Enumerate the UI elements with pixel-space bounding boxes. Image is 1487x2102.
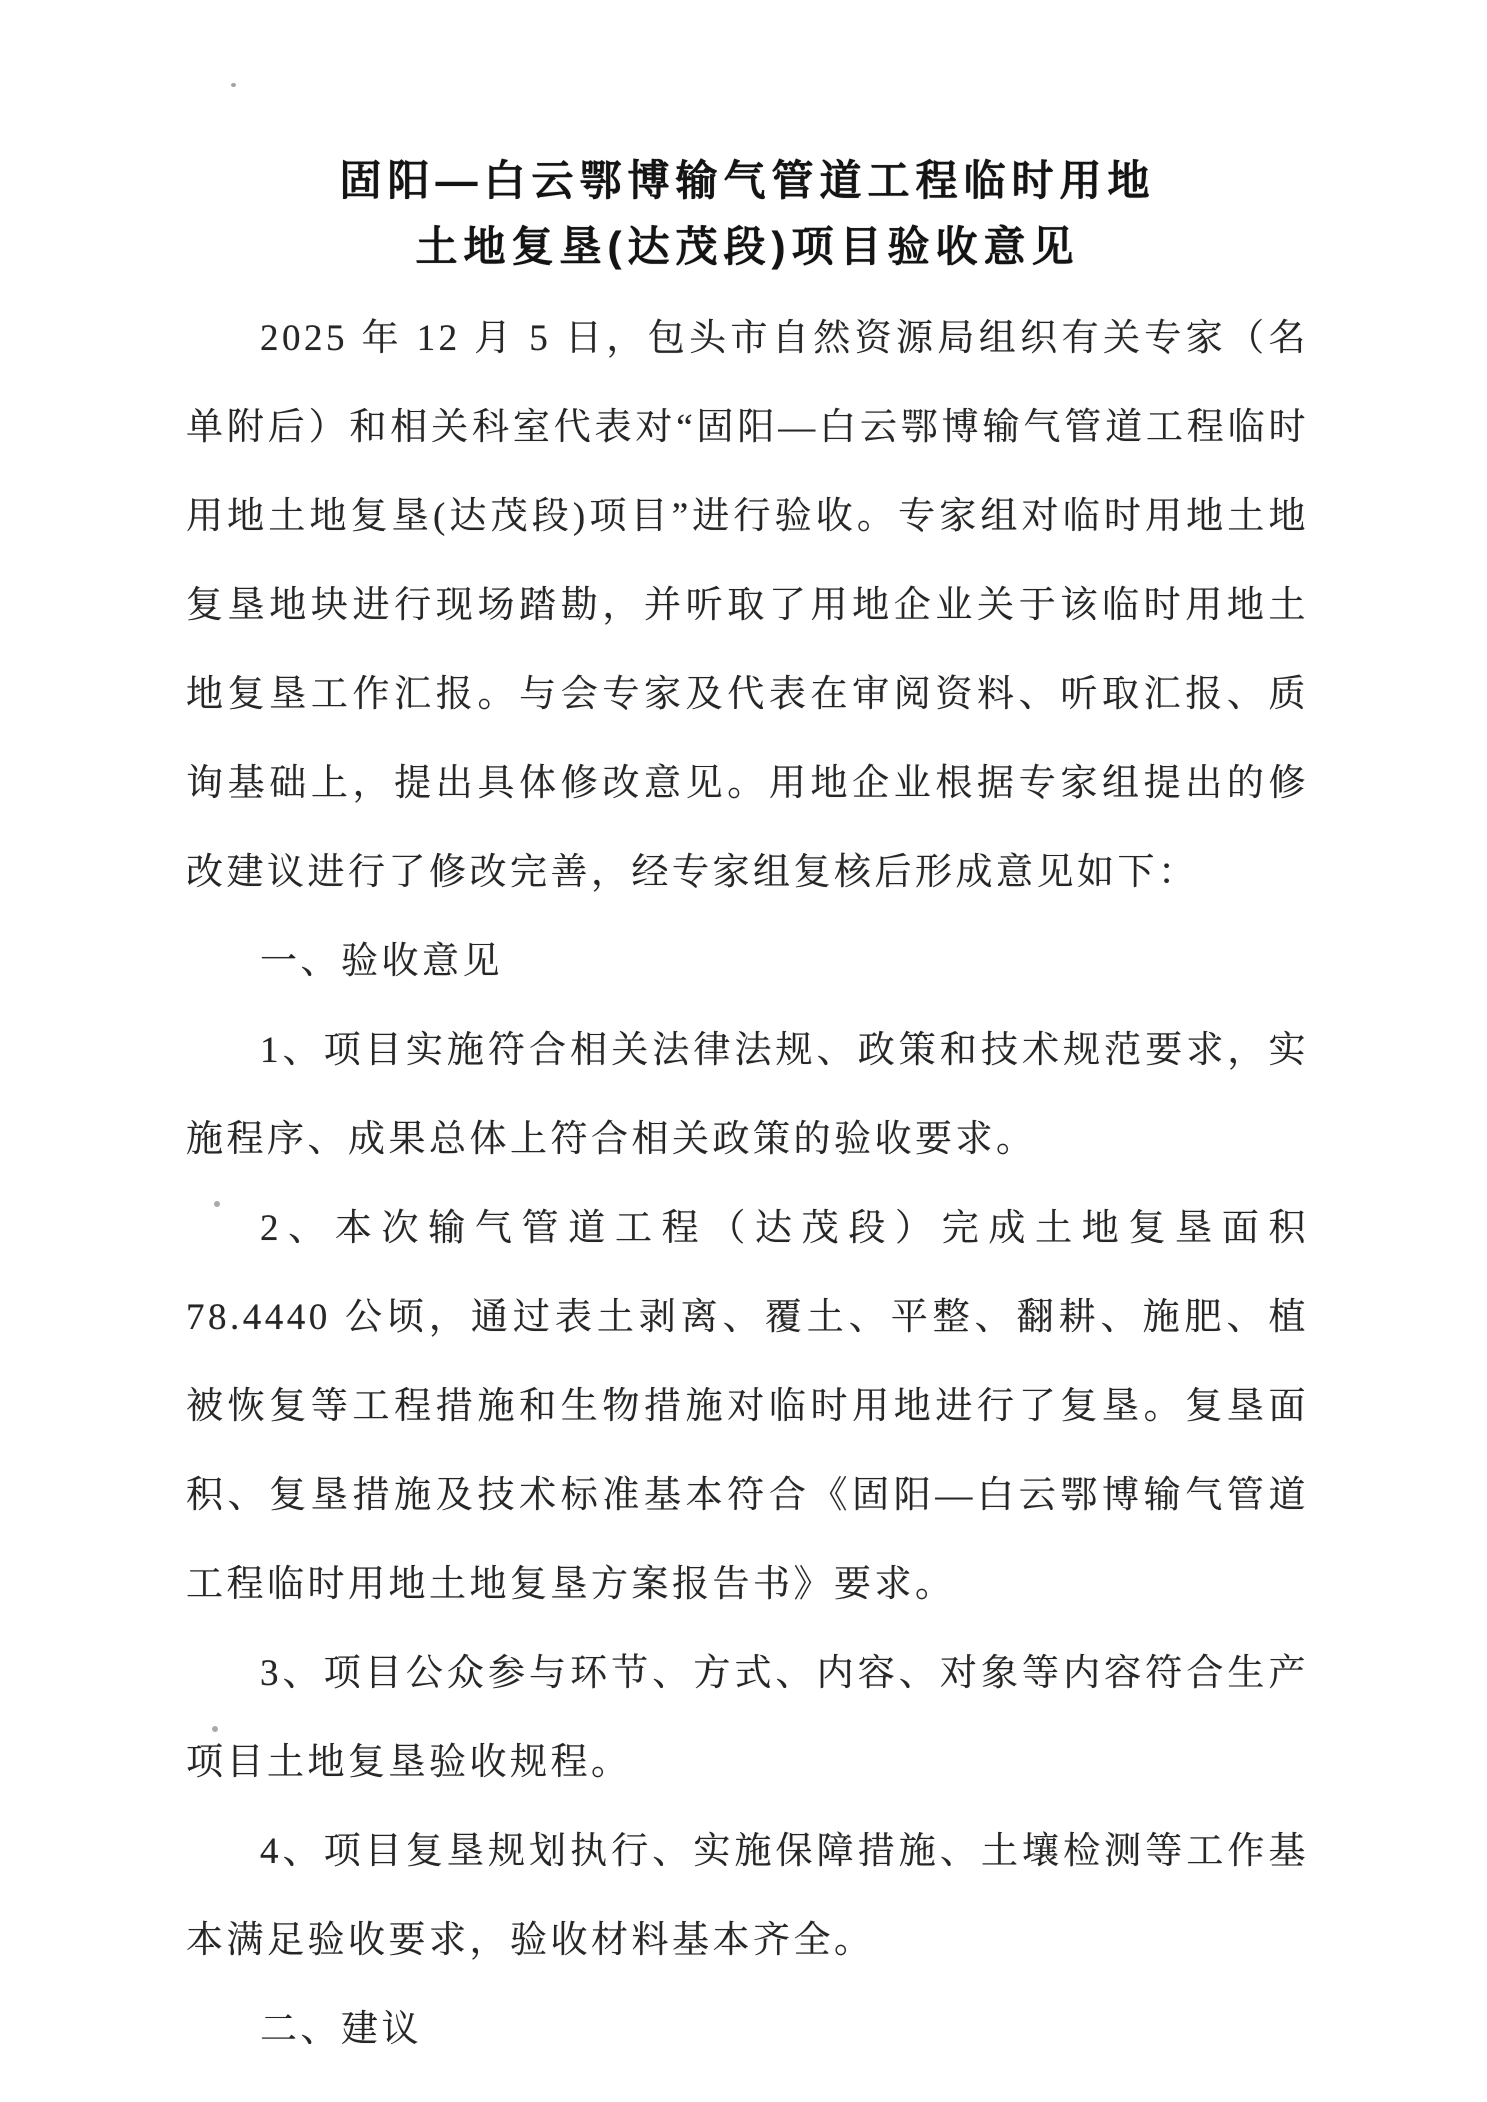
scan-artifact-dot [214,1201,220,1207]
section-heading-suggestions: 二、建议 [186,1985,1309,2074]
opinion-item-3: 3、项目公众参与环节、方式、内容、对象等内容符合生产项目土地复垦验收规程。 [186,1629,1309,1807]
document-title: 固阳—白云鄂博输气管道工程临时用地 土地复垦(达茂段)项目验收意见 [186,148,1309,280]
section-heading-acceptance-opinion: 一、验收意见 [186,917,1309,1006]
scan-artifact-dot [231,83,236,87]
opinion-item-2: 2、本次输气管道工程（达茂段）完成土地复垦面积 78.4440 公顷，通过表土剥… [186,1184,1309,1629]
intro-paragraph: 2025 年 12 月 5 日，包头市自然资源局组织有关专家（名单附后）和相关科… [186,294,1309,917]
document-title-line-2: 土地复垦(达茂段)项目验收意见 [186,214,1309,280]
opinion-item-1: 1、项目实施符合相关法律法规、政策和技术规范要求，实施程序、成果总体上符合相关政… [186,1006,1309,1184]
scan-artifact-dot [212,1726,218,1732]
scanned-document-page: 固阳—白云鄂博输气管道工程临时用地 土地复垦(达茂段)项目验收意见 2025 年… [0,0,1487,2102]
document-title-line-1: 固阳—白云鄂博输气管道工程临时用地 [186,148,1309,214]
opinion-item-4: 4、项目复垦规划执行、实施保障措施、土壤检测等工作基本满足验收要求，验收材料基本… [186,1807,1309,1985]
